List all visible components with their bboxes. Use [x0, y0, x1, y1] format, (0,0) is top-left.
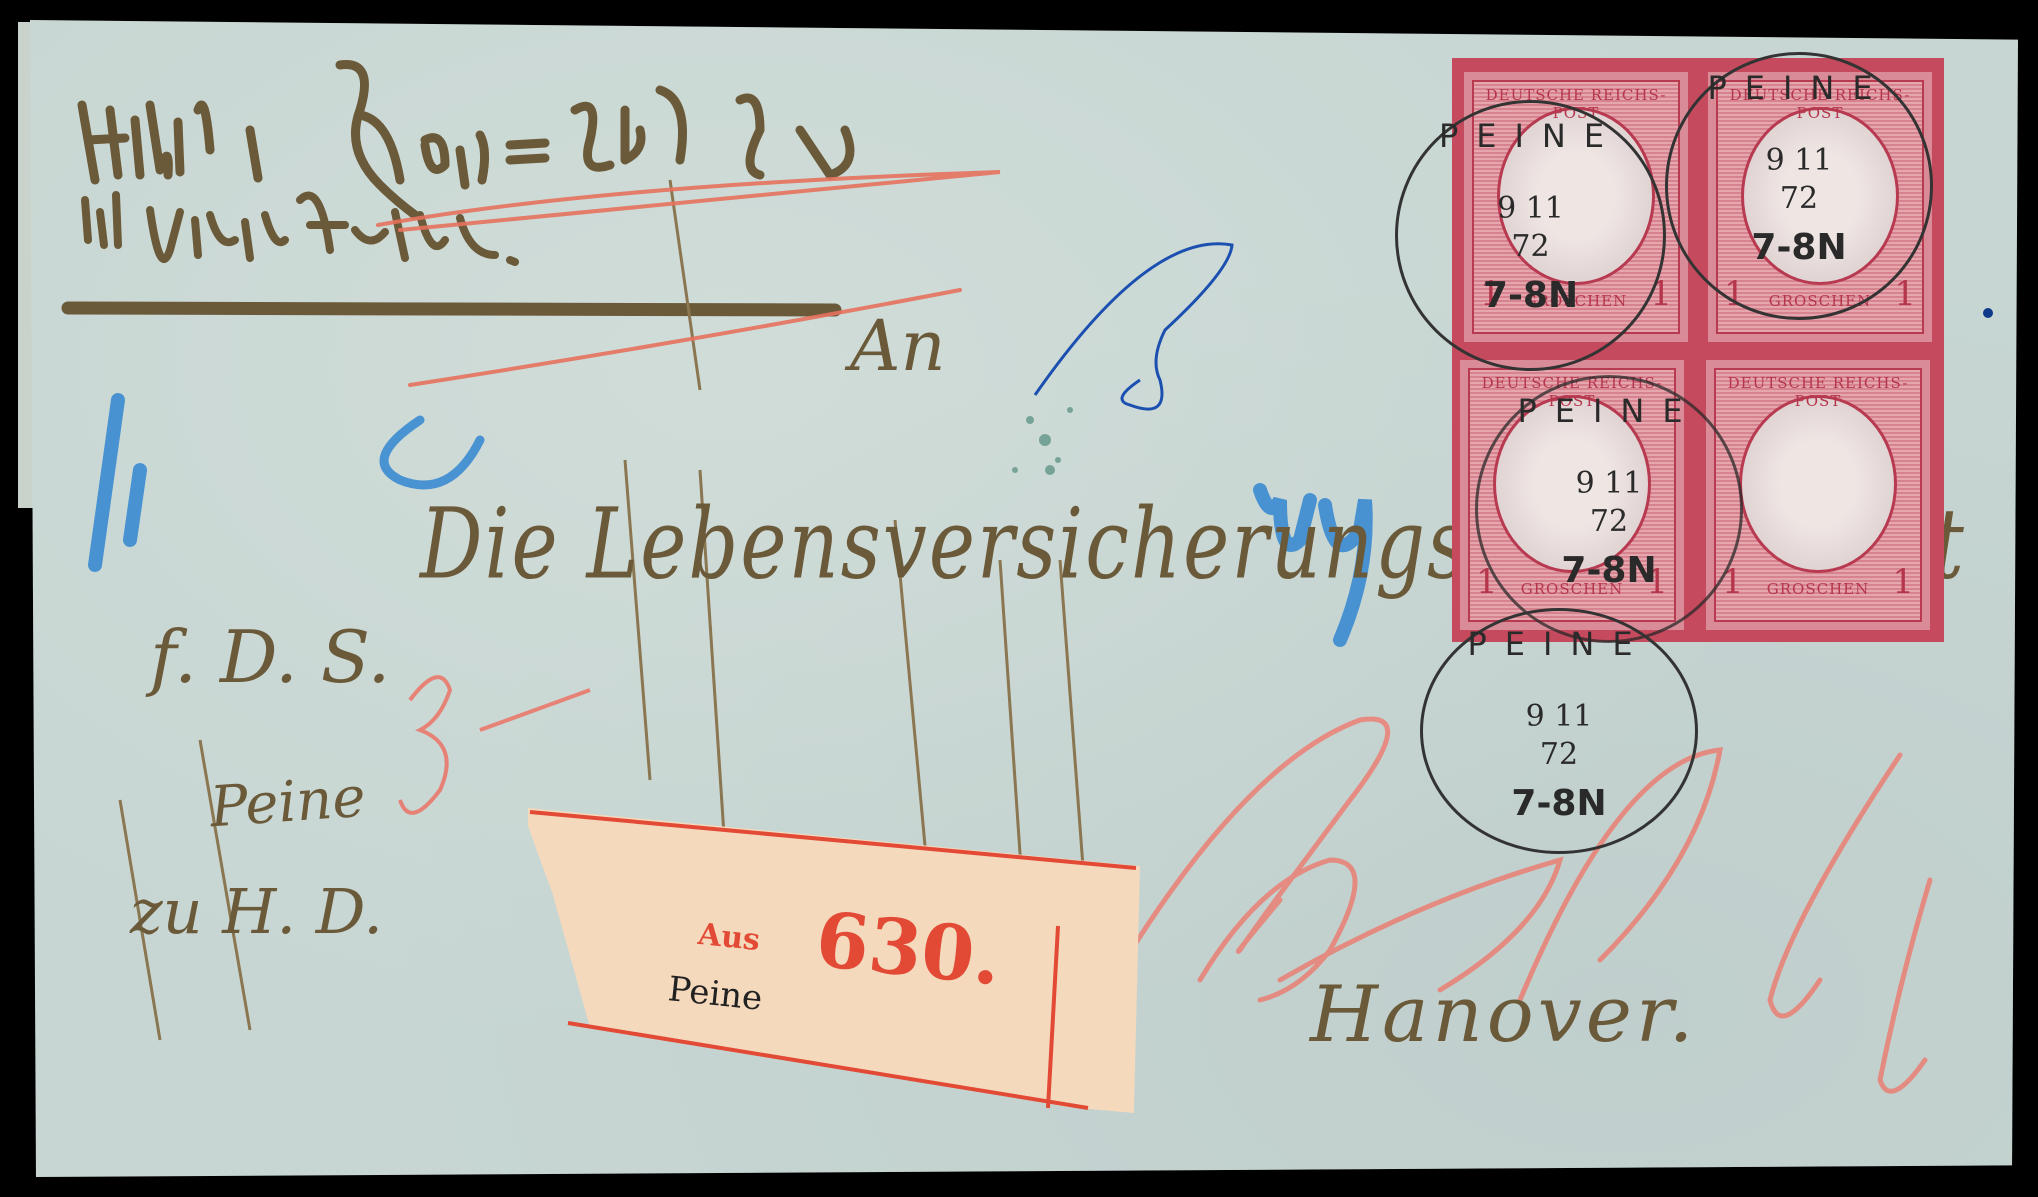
postmark: PEINE9 11 727-8N: [1395, 100, 1666, 371]
top-note-strokes: [82, 65, 850, 215]
postmark: PEINE9 11 727-8N: [1665, 52, 1933, 320]
ink-blot: [1983, 308, 1993, 318]
address-left-line2: Peine: [208, 765, 368, 841]
address-left-line3: zu H. D.: [130, 875, 383, 948]
address-prefix: An: [850, 305, 946, 387]
postmark: PEINE9 11 727-8N: [1475, 375, 1743, 643]
destination-city: Hanover.: [1310, 970, 1697, 1060]
underline-stroke: [68, 308, 835, 310]
red-rate-mark: [400, 677, 450, 813]
registration-label: Aus Peine 630.: [528, 808, 1140, 1113]
label-prefix: Aus: [696, 917, 761, 958]
green-ink-specks: [1012, 407, 1073, 475]
eagle-emblem-icon: [1739, 395, 1897, 573]
postmark: PEINE9 11 727-8N: [1420, 608, 1698, 854]
top-note-line2-strokes: [85, 195, 515, 262]
blue-ink-mark: [1035, 244, 1232, 409]
address-left-line1: f. D. S.: [150, 615, 390, 699]
